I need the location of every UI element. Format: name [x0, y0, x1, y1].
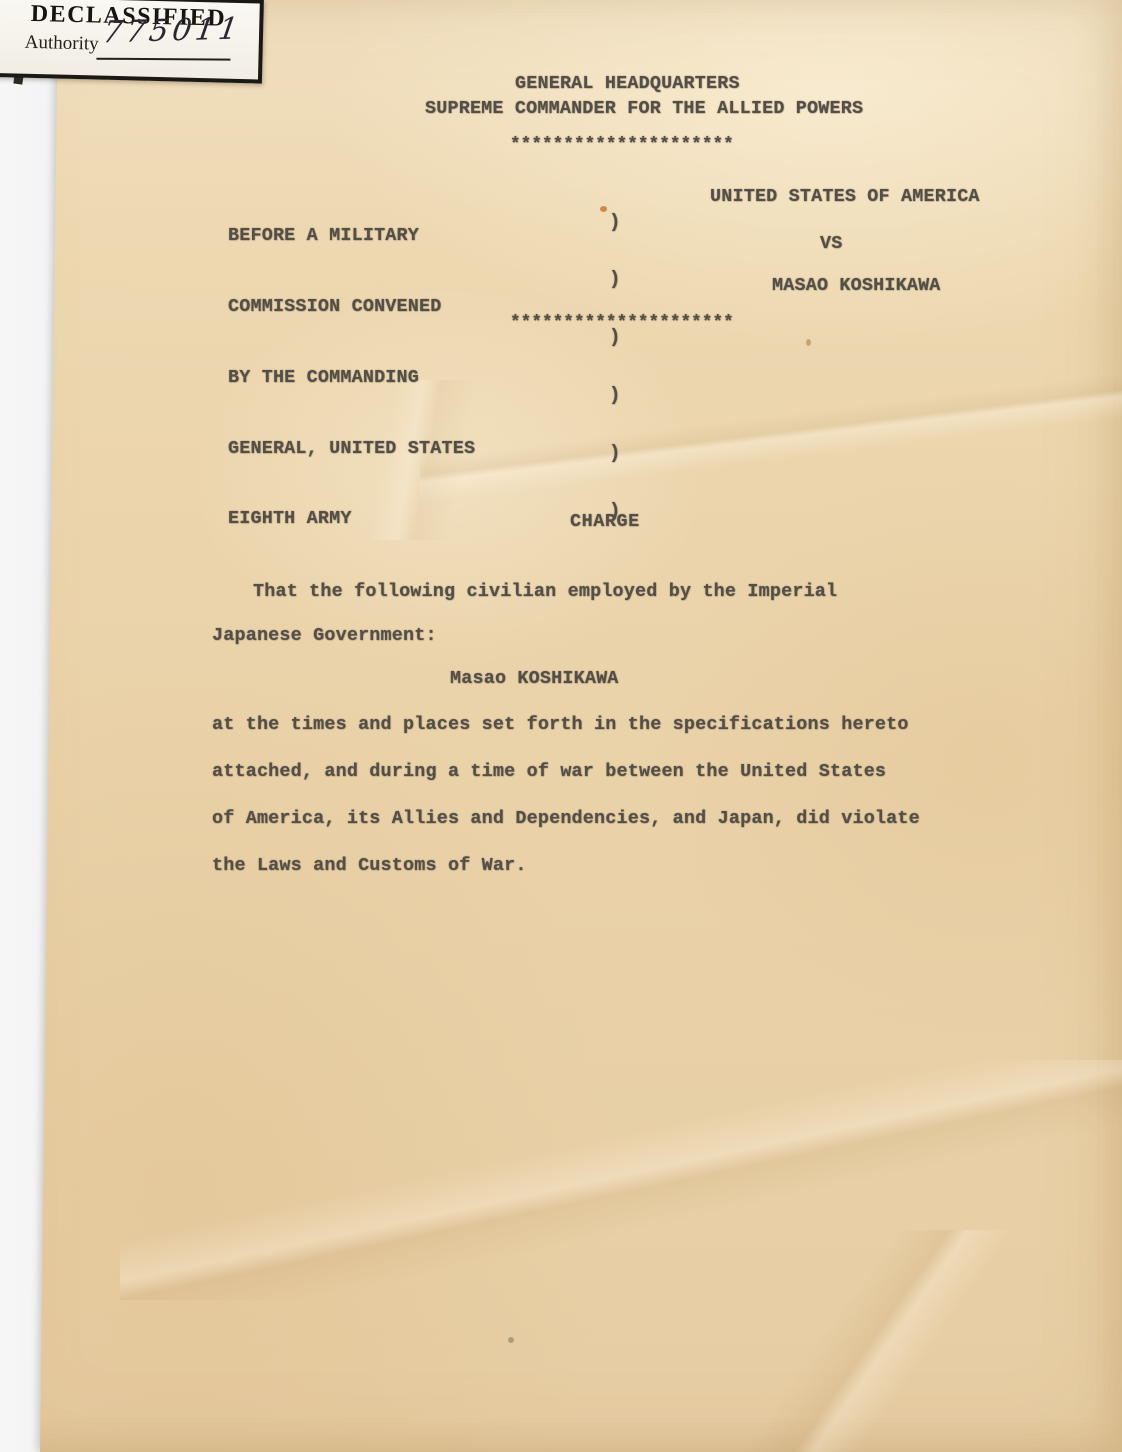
caption-left-line: COMMISSION CONVENED	[228, 295, 475, 319]
charge-body-line-4: the Laws and Customs of War.	[212, 855, 527, 876]
stamp-authority-underline	[96, 58, 230, 61]
paper-speck	[508, 1337, 514, 1343]
charge-intro-line-1: That the following civilian employed by …	[253, 581, 837, 602]
bracket-glyph: )	[609, 386, 655, 405]
caption-bracket-column: ) ) ) ) ) )	[609, 174, 655, 560]
header-line-2: SUPREME COMMANDER FOR THE ALLIED POWERS	[425, 98, 863, 119]
charge-body-line-2: attached, and during a time of war betwe…	[212, 761, 886, 782]
bracket-glyph: )	[609, 444, 655, 463]
caption-left-block: BEFORE A MILITARY COMMISSION CONVENED BY…	[228, 177, 475, 578]
caption-left-line: BEFORE A MILITARY	[228, 224, 475, 248]
paper-speck	[806, 339, 811, 346]
stamp-authority-number: 775011	[101, 11, 245, 50]
versus-label: VS	[820, 233, 842, 254]
charge-heading: CHARGE	[570, 511, 640, 532]
bracket-glyph: )	[609, 213, 655, 232]
charge-intro-line-2: Japanese Government:	[212, 625, 437, 646]
caption-left-line: GENERAL, UNITED STATES	[228, 437, 475, 461]
charge-body-line-3: of America, its Allies and Dependencies,…	[212, 808, 920, 829]
paper-crease	[120, 1060, 1122, 1300]
asterisk-separator-top: *********************	[510, 135, 734, 155]
accused-name: Masao KOSHIKAWA	[450, 668, 619, 689]
party-defendant: MASAO KOSHIKAWA	[772, 275, 941, 296]
caption-left-line: EIGHTH ARMY	[228, 507, 475, 531]
asterisk-separator-bottom: *********************	[510, 313, 734, 333]
stamp-authority-label: Authority	[25, 32, 99, 56]
scanned-document-page: GENERAL HEADQUARTERS SUPREME COMMANDER F…	[0, 0, 1122, 1452]
party-plaintiff: UNITED STATES OF AMERICA	[710, 186, 980, 207]
declassified-stamp: DECLASSIFIED Authority 775011	[0, 0, 264, 84]
charge-body-line-1: at the times and places set forth in the…	[212, 714, 909, 735]
paper-crease	[420, 360, 1122, 510]
paper-crease	[620, 1230, 1122, 1452]
bracket-glyph: )	[609, 270, 655, 289]
paper-speck	[600, 206, 607, 212]
header-line-1: GENERAL HEADQUARTERS	[515, 73, 740, 94]
caption-left-line: BY THE COMMANDING	[228, 366, 475, 390]
